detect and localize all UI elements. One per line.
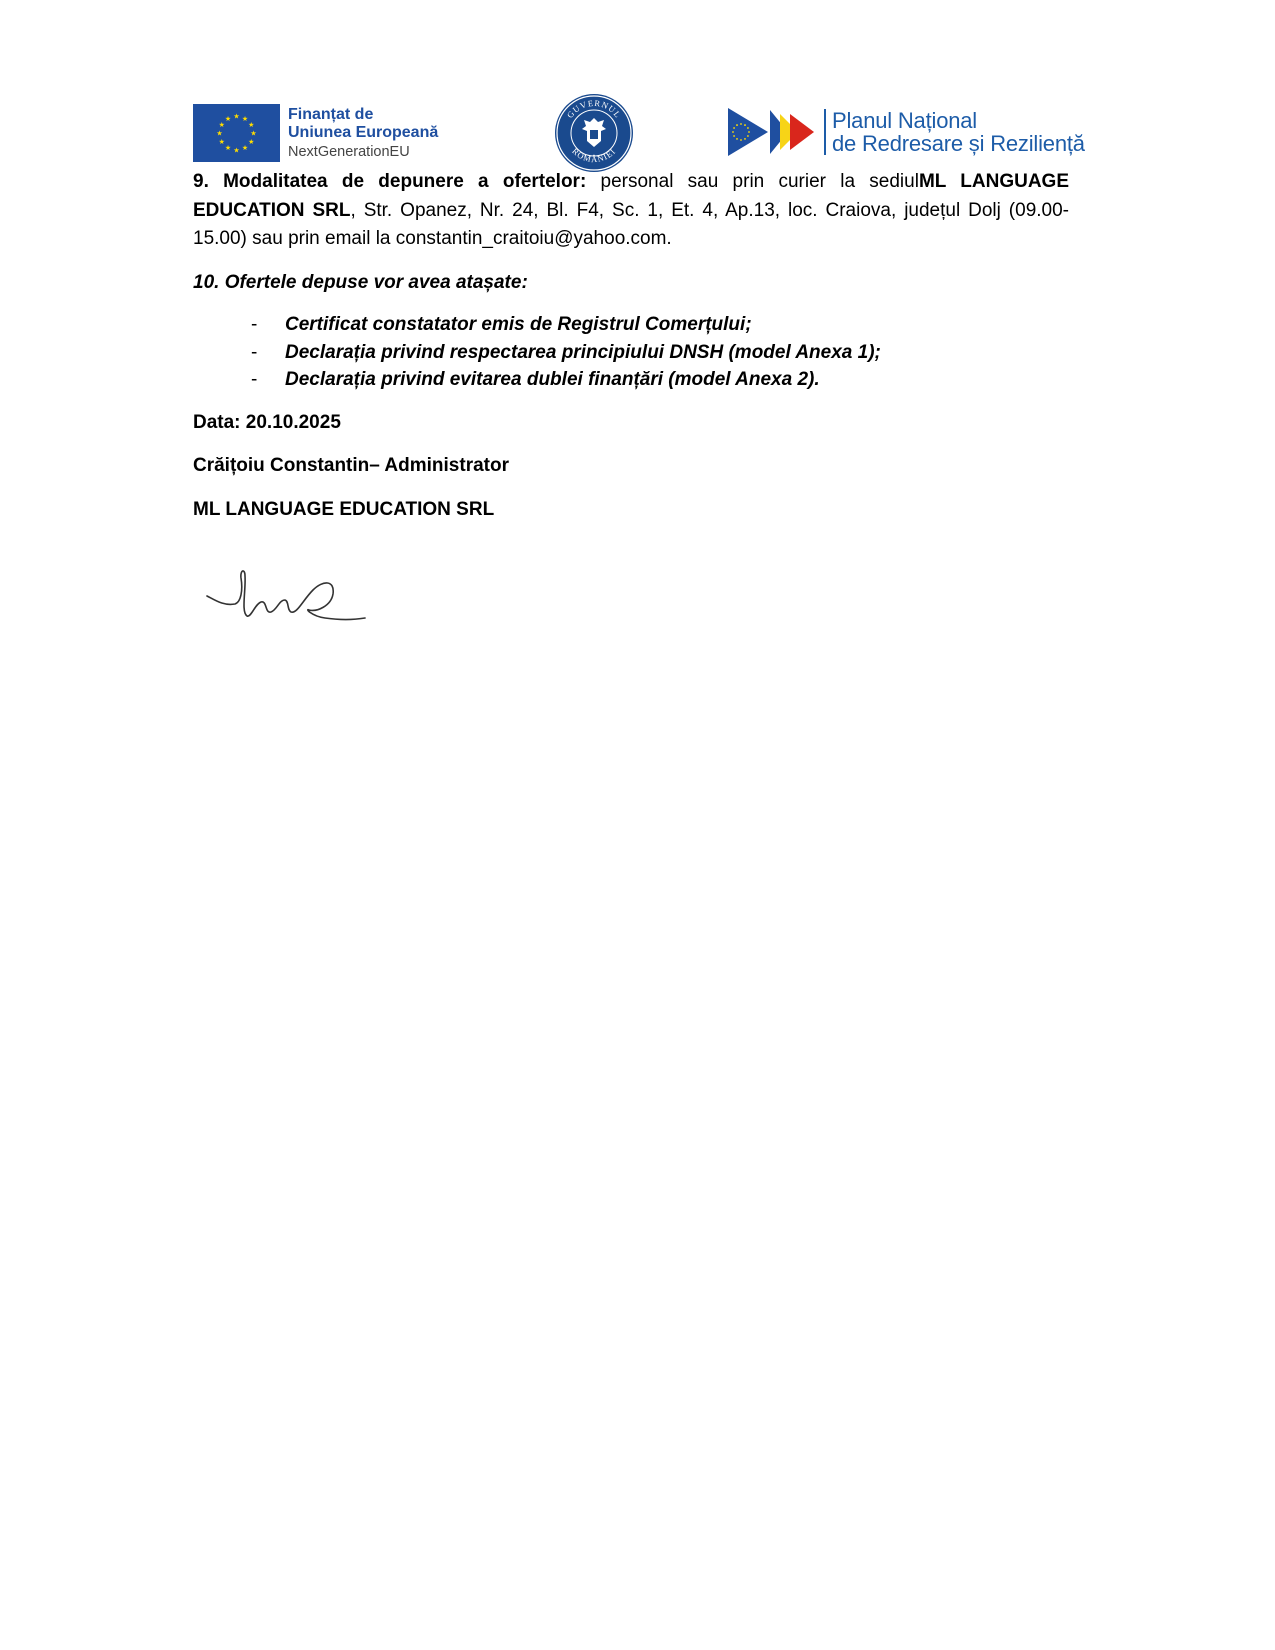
attachment-item-text: Certificat constatator emis de Registrul… bbox=[285, 314, 752, 335]
list-item: -Certificat constatator emis de Registru… bbox=[193, 311, 1069, 339]
svg-text:ROMÂNIEI: ROMÂNIEI bbox=[570, 146, 617, 164]
pnrr-line1: Planul Național bbox=[832, 109, 1085, 132]
attachment-item-text: Declarația privind evitarea dublei finan… bbox=[285, 369, 820, 390]
svg-text:★: ★ bbox=[233, 147, 239, 155]
section-10-heading: 10. Ofertele depuse vor avea atașate: bbox=[193, 269, 1069, 298]
svg-text:★: ★ bbox=[219, 138, 225, 146]
eu-flag-icon: ★★★★★★★★★★★★ bbox=[193, 104, 280, 162]
list-item: -Declarația privind evitarea dublei fina… bbox=[193, 366, 1069, 394]
bullet-dash: - bbox=[251, 311, 257, 339]
eu-logo-line3: NextGenerationEU bbox=[288, 144, 438, 160]
page-header: ★★★★★★★★★★★★ Finanțat de Uniunea Europea… bbox=[0, 0, 1275, 170]
pnrr-flag-arrows-icon bbox=[728, 106, 818, 158]
svg-text:★: ★ bbox=[242, 144, 248, 152]
svg-text:★: ★ bbox=[233, 113, 239, 121]
svg-text:★: ★ bbox=[216, 130, 222, 138]
section-9-paragraph: 9. Modalitatea de depunere a ofertelor: … bbox=[193, 168, 1069, 254]
svg-text:★: ★ bbox=[250, 130, 256, 138]
signatory-line: Crăițoiu Constantin– Administrator bbox=[193, 452, 1069, 481]
svg-text:★: ★ bbox=[225, 144, 231, 152]
romanian-government-seal-icon: GUVERNUL ROMÂNIEI bbox=[555, 94, 633, 172]
eu-logo-line1: Finanțat de bbox=[288, 106, 438, 124]
eu-logo-line2: Uniunea Europeană bbox=[288, 124, 438, 142]
company-line: ML LANGUAGE EDUCATION SRL bbox=[193, 496, 1069, 525]
bullet-dash: - bbox=[251, 366, 257, 394]
handwritten-signature-icon bbox=[205, 560, 375, 640]
section-9-label: 9. Modalitatea de depunere a ofertelor: bbox=[193, 171, 586, 192]
svg-text:★: ★ bbox=[248, 121, 254, 129]
svg-text:GUVERNUL: GUVERNUL bbox=[565, 98, 624, 120]
list-item: -Declarația privind respectarea principi… bbox=[193, 339, 1069, 367]
document-body: 9. Modalitatea de depunere a ofertelor: … bbox=[193, 168, 1069, 524]
eu-funding-logo: ★★★★★★★★★★★★ Finanțat de Uniunea Europea… bbox=[193, 103, 461, 163]
attachments-list: -Certificat constatator emis de Registru… bbox=[193, 311, 1069, 394]
attachment-item-text: Declarația privind respectarea principiu… bbox=[285, 342, 881, 363]
svg-text:★: ★ bbox=[225, 115, 231, 123]
svg-text:★: ★ bbox=[248, 138, 254, 146]
pnrr-line2: de Redresare și Reziliență bbox=[832, 132, 1085, 155]
pnrr-logo: Planul Național de Redresare și Rezilien… bbox=[728, 106, 1085, 158]
pnrr-divider bbox=[824, 109, 826, 155]
date-line: Data: 20.10.2025 bbox=[193, 409, 1069, 438]
bullet-dash: - bbox=[251, 339, 257, 367]
section-9-text-before: personal sau prin curier la sediul bbox=[586, 171, 919, 192]
